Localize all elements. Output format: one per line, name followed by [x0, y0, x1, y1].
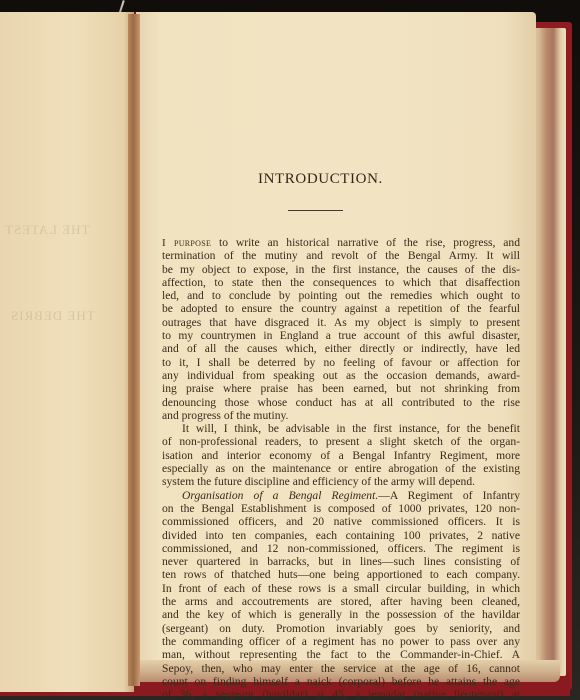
show-through-text: THE DEBRIS — [10, 308, 95, 324]
show-through-text: THE LATEST — [4, 222, 89, 238]
text-line: Sepoy, then, who may enter the service a… — [162, 662, 520, 675]
text-line: affection, to state then the consequence… — [162, 276, 520, 289]
text-line: any individual from speaking out as the … — [162, 369, 520, 382]
text-line: divided into ten companies, each contain… — [162, 529, 520, 542]
text-line: In front of each of these rows is a smal… — [162, 582, 520, 595]
text-line: to it, I shall be deterred by no feeling… — [162, 356, 520, 369]
text-line: and progress of the mutiny. — [162, 409, 520, 422]
text-line: to my countrymen in England a true accou… — [162, 329, 520, 342]
text-line: ten rows of thatched huts—one being appo… — [162, 568, 520, 581]
text-line: man, without representing the fact to th… — [162, 648, 520, 661]
text-line: never quartered in barracks, but in line… — [162, 555, 520, 568]
text-line: be adopted to ensure the country against… — [162, 302, 520, 315]
text-line: on the Bengal Establishment is composed … — [162, 502, 520, 515]
italic-sidehead: Organisation of a Bengal Regiment. — [182, 489, 378, 502]
text-line: especially as on the maintenance or enti… — [162, 462, 520, 475]
page-body-text: I purpose to write an historical narrati… — [162, 236, 520, 700]
text-line: I purpose to write an historical narrati… — [162, 236, 520, 249]
small-caps-lead: I purpose — [162, 237, 211, 249]
text-line: led, and to conclude by pointing out the… — [162, 289, 520, 302]
text-line: termination of the mutiny and revolt of … — [162, 249, 520, 262]
book-gutter — [128, 14, 140, 686]
text-line: isation and interior economy of a Bengal… — [162, 449, 520, 462]
text-line: the commanding officer of a regiment has… — [162, 635, 520, 648]
text-line: and the key of which is generally in the… — [162, 608, 520, 621]
page-heading: INTRODUCTION. — [258, 171, 458, 188]
text-line: It will, I think, be advisable in the fi… — [162, 422, 520, 435]
text-line: and of all the causes which, either dire… — [162, 342, 520, 355]
text-line: outrages that have disgraced it. As my o… — [162, 316, 520, 329]
text-line: denouncing those whose conduct has at al… — [162, 396, 520, 409]
text-line: ing praise where praise has been earned,… — [162, 382, 520, 395]
text-line: commissioned, and 12 non-commissioned, o… — [162, 542, 520, 555]
text-line: system the future discipline and efficie… — [162, 475, 520, 488]
left-page: THE LATEST THE DEBRIS — [0, 12, 134, 692]
text-line: Organisation of a Bengal Regiment.—A Reg… — [162, 489, 520, 502]
heading-rule — [288, 210, 343, 211]
text-line: of non-professional readers, to present … — [162, 435, 520, 448]
text-line: the arms and accoutrements are stored, a… — [162, 595, 520, 608]
text-line: commissioned officers, and 20 native com… — [162, 515, 520, 528]
text-line: (sergeant) on duty. Promotion invariably… — [162, 622, 520, 635]
text-line: be my object to expose, in the first ins… — [162, 263, 520, 276]
text-line: of 36, a sergeant (havildar) at 45, a je… — [162, 688, 520, 700]
text-line: count on finding himself a naick (corpor… — [162, 675, 520, 688]
